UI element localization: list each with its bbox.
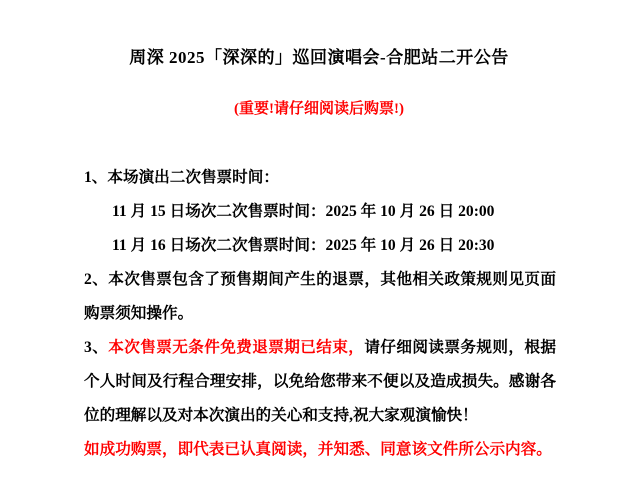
section3-line1-rest: 请仔细阅读票务规则，根据 [364,339,556,356]
section1-heading: 1、本场演出二次售票时间： [84,161,556,195]
important-warning: (重要!请仔细阅读后购票!) [0,97,638,121]
refund-ended-alert: 本次售票无条件免费退票期已结束， [108,339,364,356]
schedule-nov15: 11 月 15 日场次二次售票时间：2025 年 10 月 26 日 20:00 [84,195,556,229]
section3-line3: 位的理解以及对本次演出的关心和支持,祝大家观演愉快！ [84,399,556,433]
document-body: 1、本场演出二次售票时间： 11 月 15 日场次二次售票时间：2025 年 1… [84,161,556,467]
section3-number: 3、 [84,339,108,356]
purchase-agreement-notice: 如成功购票，即代表已认真阅读，并知悉、同意该文件所公示内容。 [84,433,556,467]
section3-line1: 3、本次售票无条件免费退票期已结束，请仔细阅读票务规则，根据 [84,331,556,365]
announcement-document: 周深 2025「深深的」巡回演唱会-合肥站二开公告 (重要!请仔细阅读后购票!)… [0,0,638,500]
section3-line2: 个人时间及行程合理安排，以免给您带来不便以及造成损失。感谢各 [84,365,556,399]
section2-line1: 2、本次售票包含了预售期间产生的退票，其他相关政策规则见页面 [84,263,556,297]
section2-line2: 购票须知操作。 [84,297,556,331]
schedule-nov16: 11 月 16 日场次二次售票时间：2025 年 10 月 26 日 20:30 [84,229,556,263]
document-title: 周深 2025「深深的」巡回演唱会-合肥站二开公告 [0,44,638,72]
